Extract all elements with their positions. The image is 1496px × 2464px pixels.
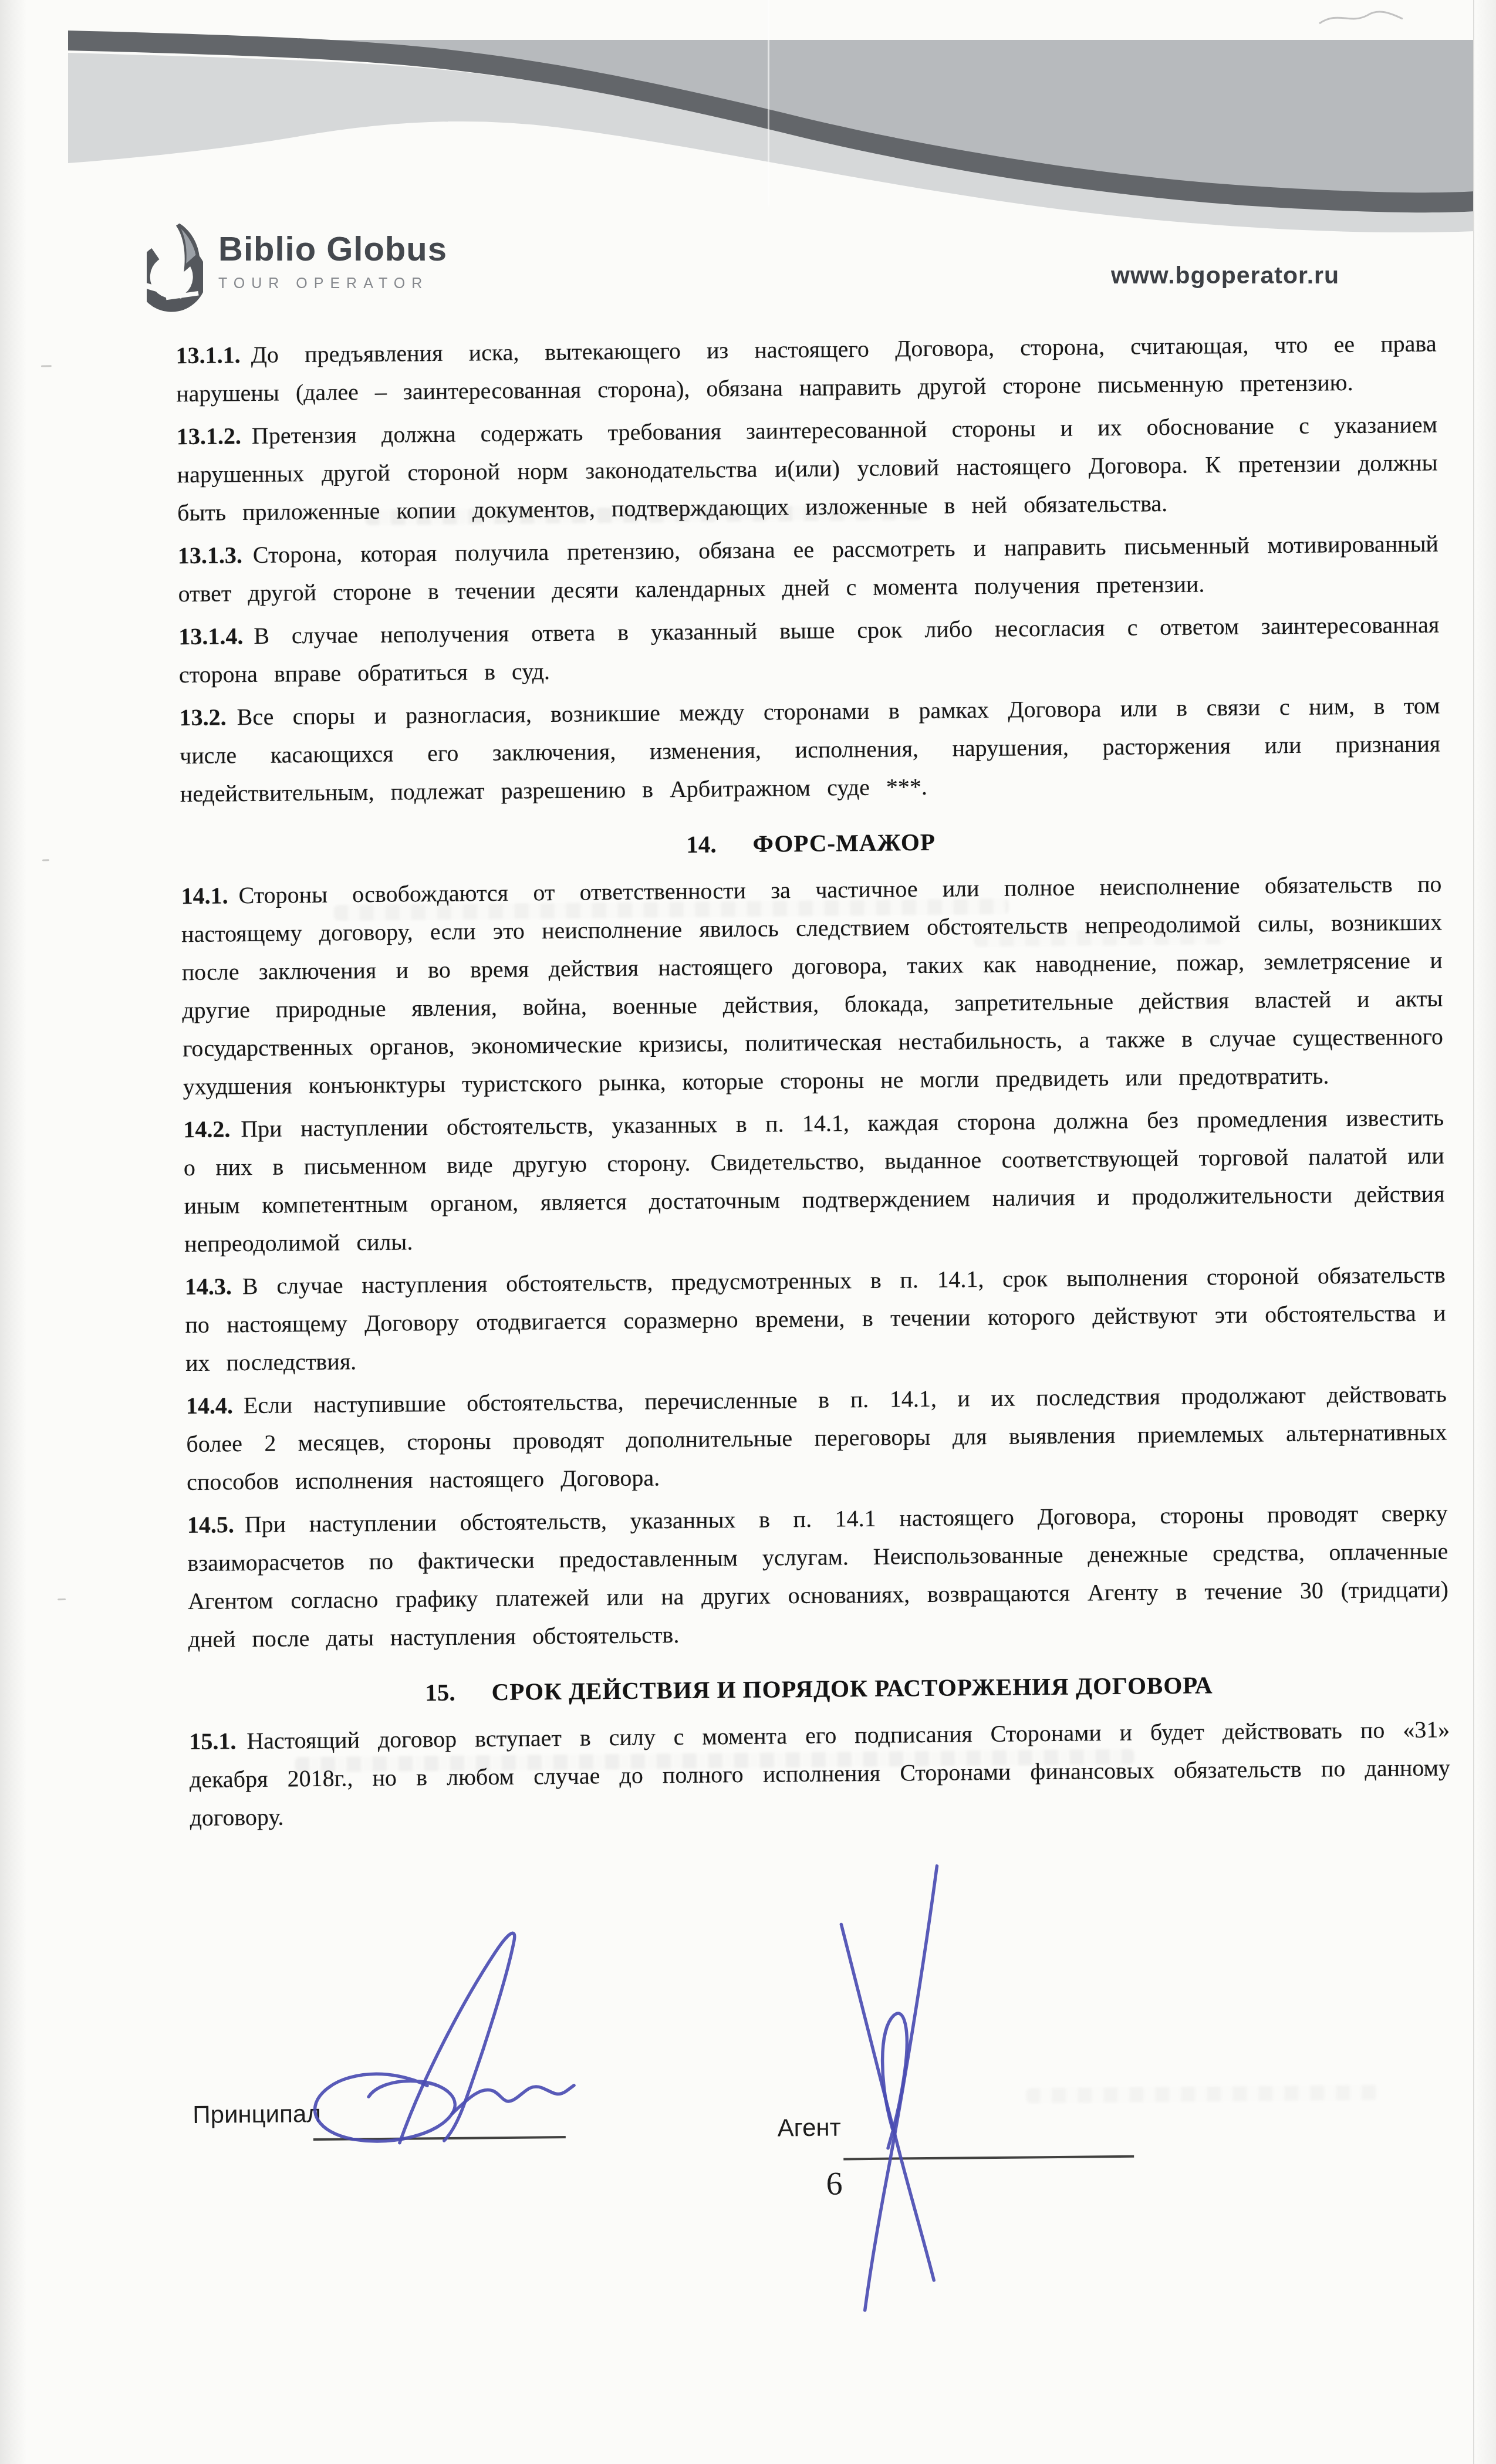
agent-signature bbox=[840, 1866, 941, 2311]
page-left-edge bbox=[0, 0, 27, 2464]
principal-signature bbox=[313, 1932, 575, 2144]
skewed-print-layer: 13.1.1.До предъявления иска, вытекающего… bbox=[0, 0, 1496, 2464]
scanned-contract-page: Biblio Globus TOUR OPERATOR www.bgoperat… bbox=[0, 0, 1496, 2464]
handwritten-signatures bbox=[0, 0, 1496, 2464]
page-right-edge bbox=[1473, 0, 1496, 2464]
